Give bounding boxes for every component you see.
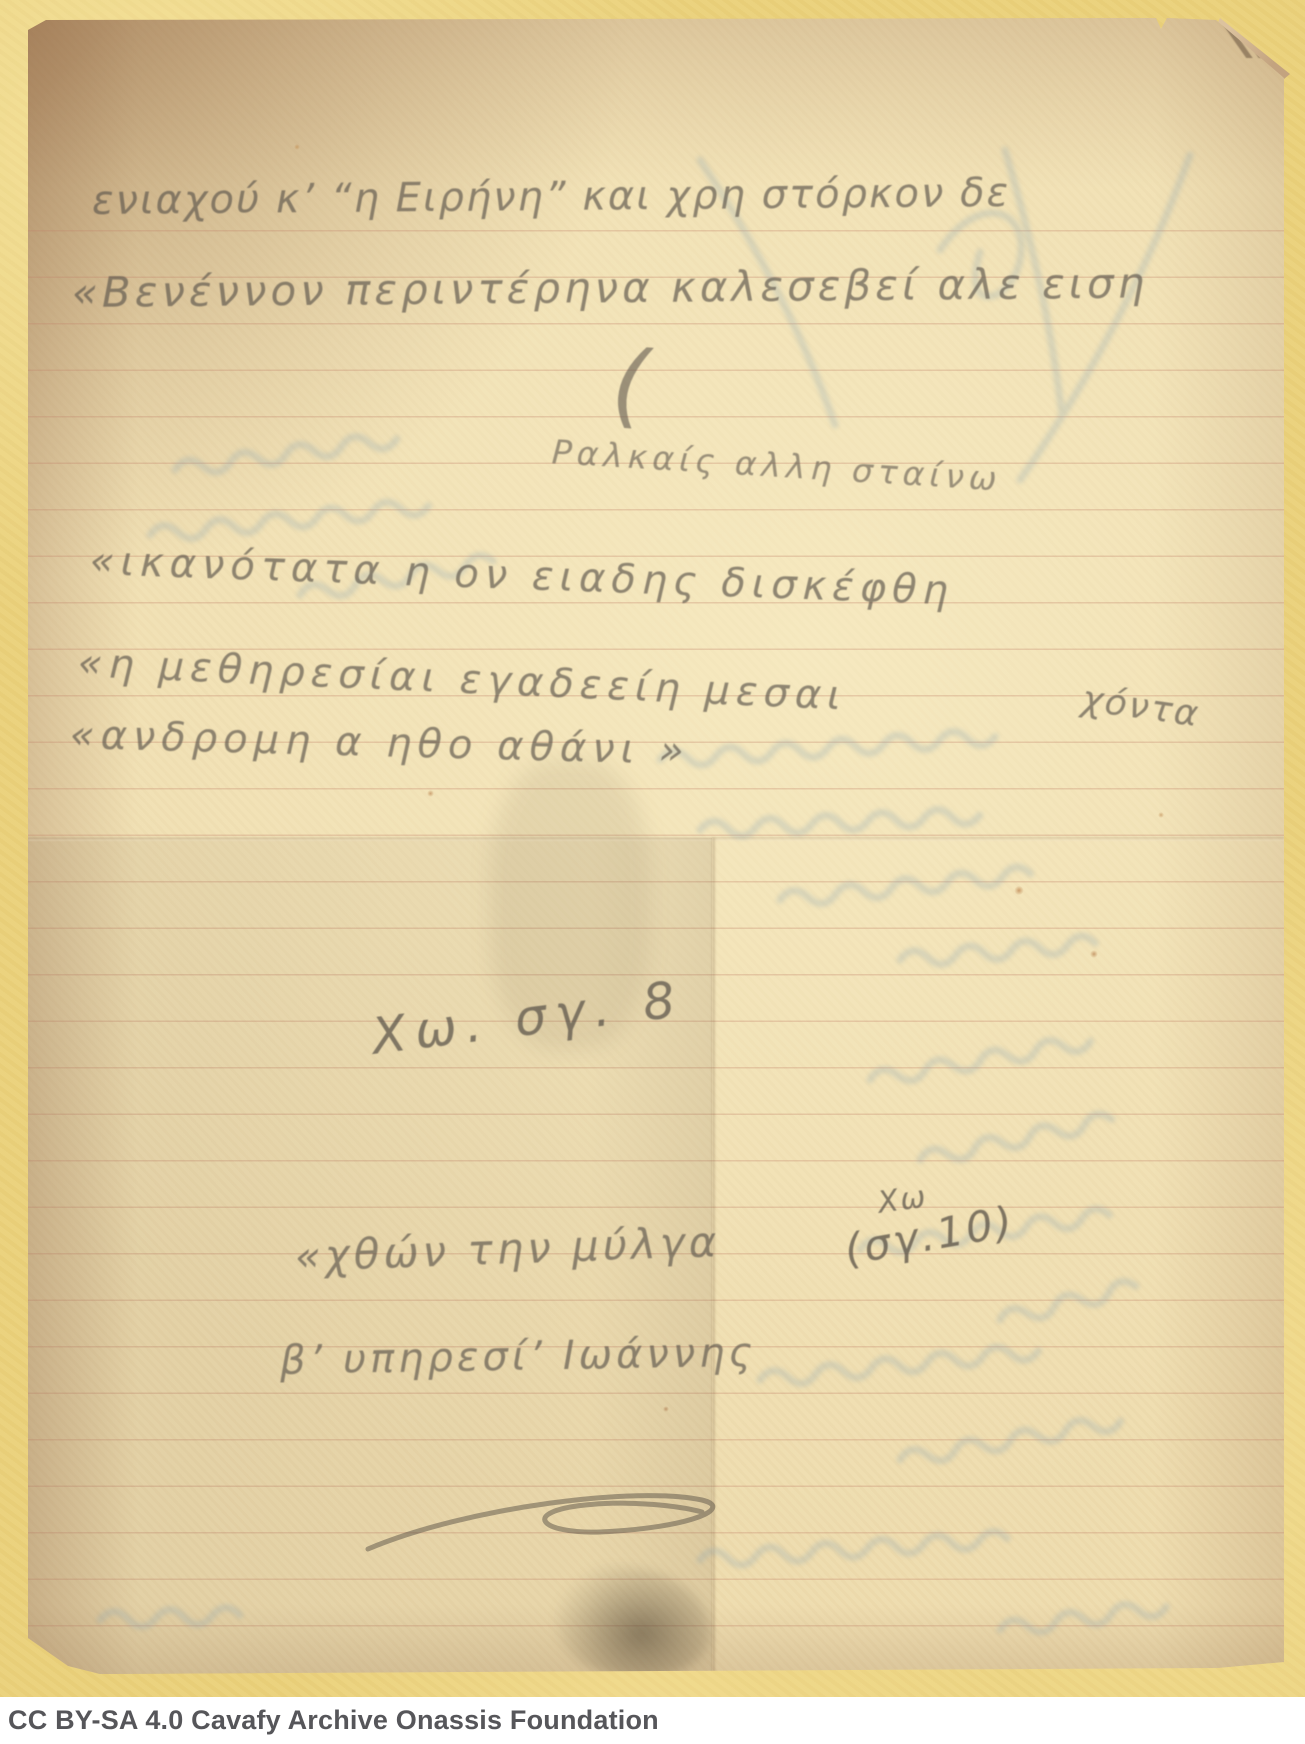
handwritten-open-paren: ( [608,330,653,439]
horizontal-crease [28,837,1284,841]
stain-spot [1014,886,1024,895]
stain-spot [294,144,300,150]
stain-spot [663,1406,669,1412]
attribution-bar: CC BY-SA 4.0 Cavafy Archive Onassis Foun… [0,1697,1305,1744]
handwritten-line-2: «Βενέννον περιντέρηνα καλεσεβεί αλε ειση [72,259,1149,317]
stain-spot [1090,950,1098,958]
stain-spot [427,790,434,797]
scanned-page: ενιαχού κ’ “η Ειρήνη” και χρη στόρκον δε… [0,0,1305,1744]
handwritten-line-1: ενιαχού κ’ “η Ειρήνη” και χρη στόρκον δε [92,170,1011,224]
handwritten-name-line: β’ υπηρεσί’ Ιωάννης [280,1330,757,1384]
license-text: CC BY-SA 4.0 Cavafy Archive Onassis Foun… [8,1705,659,1736]
stain-spot [1158,812,1164,818]
